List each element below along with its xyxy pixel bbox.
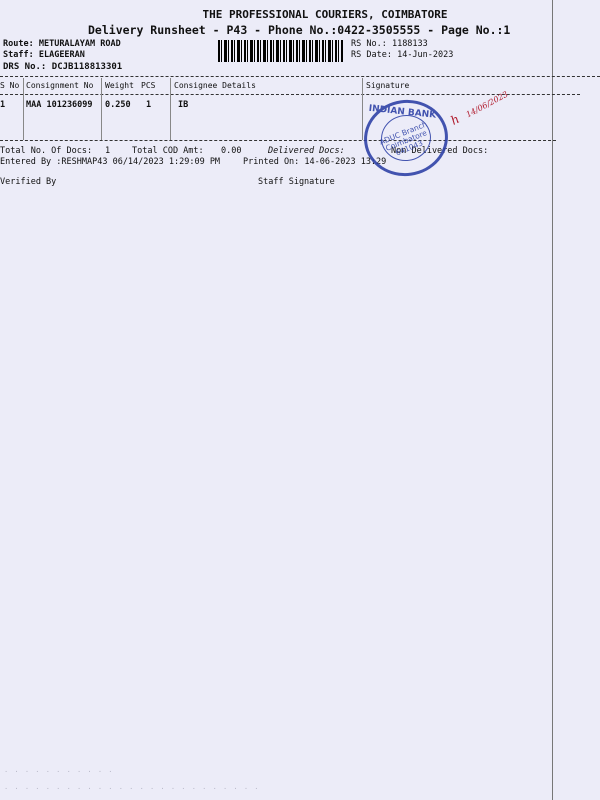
row-consignment-no: MAA 101236099 xyxy=(26,100,93,110)
runsheet-subtitle: Delivery Runsheet - P43 - Phone No.:0422… xyxy=(88,23,510,37)
bank-stamp: INDIAN BANK ADUC Branch Coimbatore 64104… xyxy=(359,95,453,182)
rs-no-value: 1188133 xyxy=(392,39,428,49)
total-docs-value: 1 xyxy=(105,146,110,157)
route-info: Route: METURALAYAM ROAD Staff: ELAGEERAN… xyxy=(3,39,122,74)
rs-date-line: RS Date: 14-Jun-2023 xyxy=(351,50,453,61)
staff-value: ELAGEERAN xyxy=(39,50,85,60)
drs-label: DRS No.: xyxy=(3,62,46,72)
row-consignee: IB xyxy=(178,100,188,110)
column-separator xyxy=(101,78,102,140)
faded-print-text: · · · · · · · · · · · · · · · · · · · · … xyxy=(4,785,260,793)
company-title: THE PROFESSIONAL COURIERS, COIMBATORE xyxy=(0,8,600,21)
delivered-docs-label: Delivered Docs: xyxy=(268,146,345,157)
col-pcs: PCS xyxy=(141,81,155,90)
rs-info: RS No.: 1188133 RS Date: 14-Jun-2023 xyxy=(351,39,453,61)
row-weight: 0.250 xyxy=(105,100,131,110)
drs-value: DCJB118813301 xyxy=(52,62,122,72)
col-weight: Weight xyxy=(105,81,134,90)
row-s-no: 1 xyxy=(0,100,5,110)
drs-line: DRS No.: DCJB118813301 xyxy=(3,61,122,74)
route-value: METURALAYAM ROAD xyxy=(39,39,121,49)
verified-by-label: Verified By xyxy=(0,177,56,187)
total-docs-label: Total No. Of Docs: xyxy=(0,146,92,157)
margin-line xyxy=(552,0,553,800)
divider xyxy=(0,76,600,77)
rs-no-line: RS No.: 1188133 xyxy=(351,39,453,50)
signature-initials: h xyxy=(448,112,461,128)
printed-on: Printed On: 14-06-2023 13:29 xyxy=(243,157,386,168)
barcode-image xyxy=(218,40,343,62)
col-signature: Signature xyxy=(366,81,409,90)
staff-label: Staff: xyxy=(3,50,34,60)
cod-label: Total COD Amt: xyxy=(132,146,204,157)
staff-signature-label: Staff Signature xyxy=(258,177,335,187)
row-pcs: 1 xyxy=(146,100,151,110)
staff-line: Staff: ELAGEERAN xyxy=(3,50,122,61)
cod-value: 0.00 xyxy=(221,146,241,157)
col-consignee-details: Consignee Details xyxy=(174,81,256,90)
column-separator xyxy=(23,78,24,140)
faded-print-text: · · · · · · · · · · · xyxy=(4,768,114,776)
col-s-no: S No xyxy=(0,81,19,90)
entered-by: Entered By :RESHMAP43 06/14/2023 1:29:09… xyxy=(0,157,220,168)
col-consignment-no: Consignment No xyxy=(26,81,93,90)
route-label: Route: xyxy=(3,39,34,49)
handwritten-signature: h 14/06/2023 xyxy=(448,86,510,128)
company-name: THE PROFESSIONAL COURIERS, COIMBATORE xyxy=(152,8,447,21)
rs-no-label: RS No.: xyxy=(351,39,387,49)
column-separator xyxy=(170,78,171,140)
runsheet-page: THE PROFESSIONAL COURIERS, COIMBATORE De… xyxy=(0,0,600,800)
rs-date-value: 14-Jun-2023 xyxy=(397,50,453,60)
route-line: Route: METURALAYAM ROAD xyxy=(3,39,122,50)
divider xyxy=(0,140,556,141)
rs-date-label: RS Date: xyxy=(351,50,392,60)
